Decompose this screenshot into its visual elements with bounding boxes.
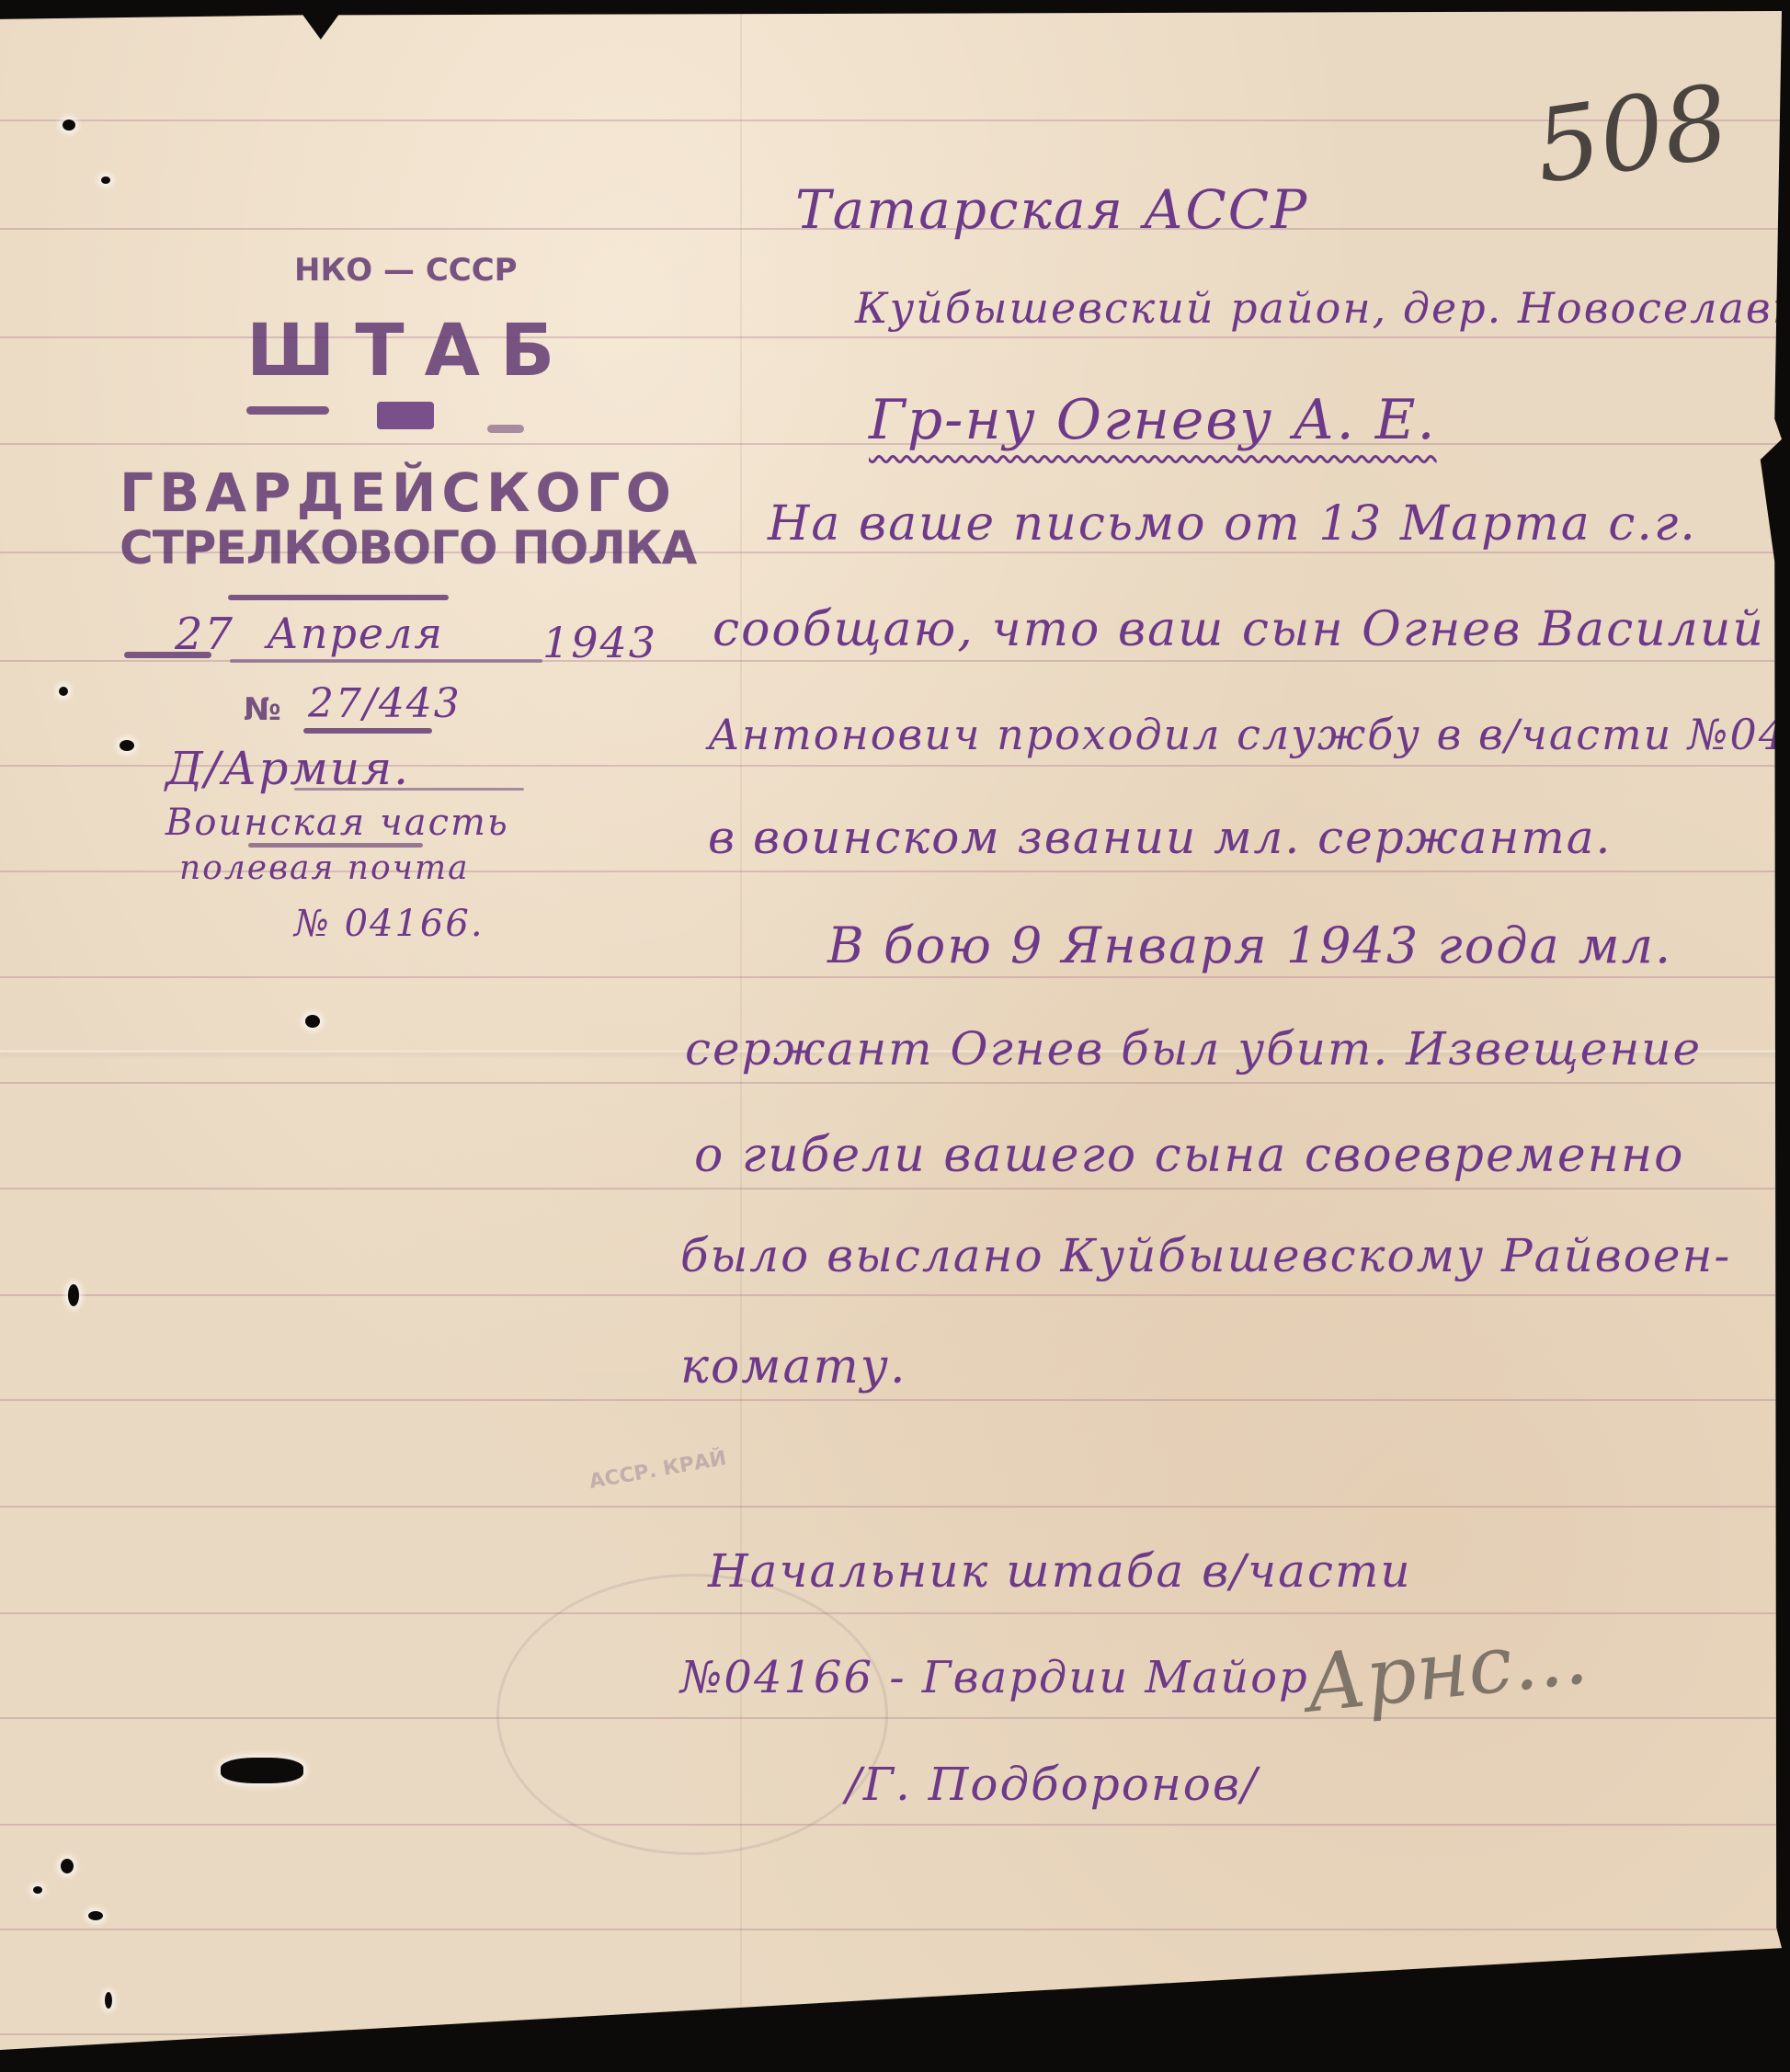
- body-line-4: в воинском звании мл. сержанта.: [708, 811, 1612, 864]
- address-district: Куйбышевский район, дер. Новоселавка: [855, 283, 1790, 333]
- pencil-signature: Арнс...: [1302, 1610, 1592, 1731]
- body-line-3: Антонович проходил службу в в/части №041…: [708, 710, 1790, 759]
- stamp-date-month: Апреля: [267, 609, 444, 658]
- punch-hole: [59, 687, 68, 696]
- stamp-number-sign: №: [244, 691, 281, 728]
- punch-hole: [120, 740, 134, 751]
- punch-hole: [221, 1758, 303, 1783]
- punch-hole: [68, 1284, 79, 1306]
- signature-name: /Г. Подборонов/: [846, 1758, 1259, 1811]
- stamp-unit-number: № 04166.: [294, 903, 485, 945]
- body-line-8: было выслано Куйбышевскому Райвоен-: [680, 1229, 1731, 1282]
- stamp-line-guards: ГВАРДЕЙСКОГО: [120, 461, 677, 524]
- punch-hole: [305, 1015, 320, 1028]
- stamp-unit-line2: полевая почта: [179, 849, 470, 887]
- stamp-unit-line1: Воинская часть: [165, 802, 509, 844]
- document-sheet: 508 НКО — СССР ШТАБ ГВАРДЕЙСКОГО СТРЕЛКО…: [0, 11, 1782, 2050]
- body-line-5: В бою 9 Января 1943 года мл.: [827, 916, 1672, 974]
- stamp-date-year: 1943: [542, 618, 657, 667]
- punch-hole: [61, 1859, 74, 1873]
- archive-number: 508: [1528, 63, 1736, 206]
- punch-hole: [63, 120, 75, 131]
- punch-hole: [105, 1992, 112, 2009]
- stamp-line-shtab: ШТАБ: [246, 310, 575, 393]
- stamp-line-regiment: СТРЕЛКОВОГО ПОЛКА: [120, 521, 696, 575]
- address-recipient: Гр-ну Огневу А. Е.: [869, 388, 1437, 452]
- punch-hole: [33, 1886, 42, 1894]
- stamp-line-nko: НКО — СССР: [294, 252, 518, 289]
- faded-round-stamp: [496, 1574, 888, 1855]
- body-line-6: сержант Огнев был убит. Извещение: [685, 1022, 1702, 1076]
- faded-stamp: АССР. КРАЙ: [587, 1447, 728, 1494]
- body-line-7: о гибели вашего сына своевременно: [694, 1128, 1684, 1183]
- address-republic: Татарская АССР: [795, 178, 1308, 241]
- body-line-9: комату.: [680, 1339, 906, 1395]
- punch-hole: [88, 1911, 103, 1920]
- stamp-date-day: 27: [175, 609, 234, 660]
- signature-rank: №04166 - Гвардии Майор: [680, 1652, 1309, 1703]
- punch-hole: [101, 176, 110, 184]
- stamp-number: 27/443: [308, 680, 462, 727]
- body-line-2: сообщаю, что ваш сын Огнев Василий: [713, 602, 1765, 657]
- body-line-1: На ваше письмо от 13 Марта с.г.: [768, 496, 1697, 552]
- stamp-army: Д/Армия.: [165, 742, 410, 795]
- signature-title: Начальник штаба в/части: [708, 1544, 1412, 1598]
